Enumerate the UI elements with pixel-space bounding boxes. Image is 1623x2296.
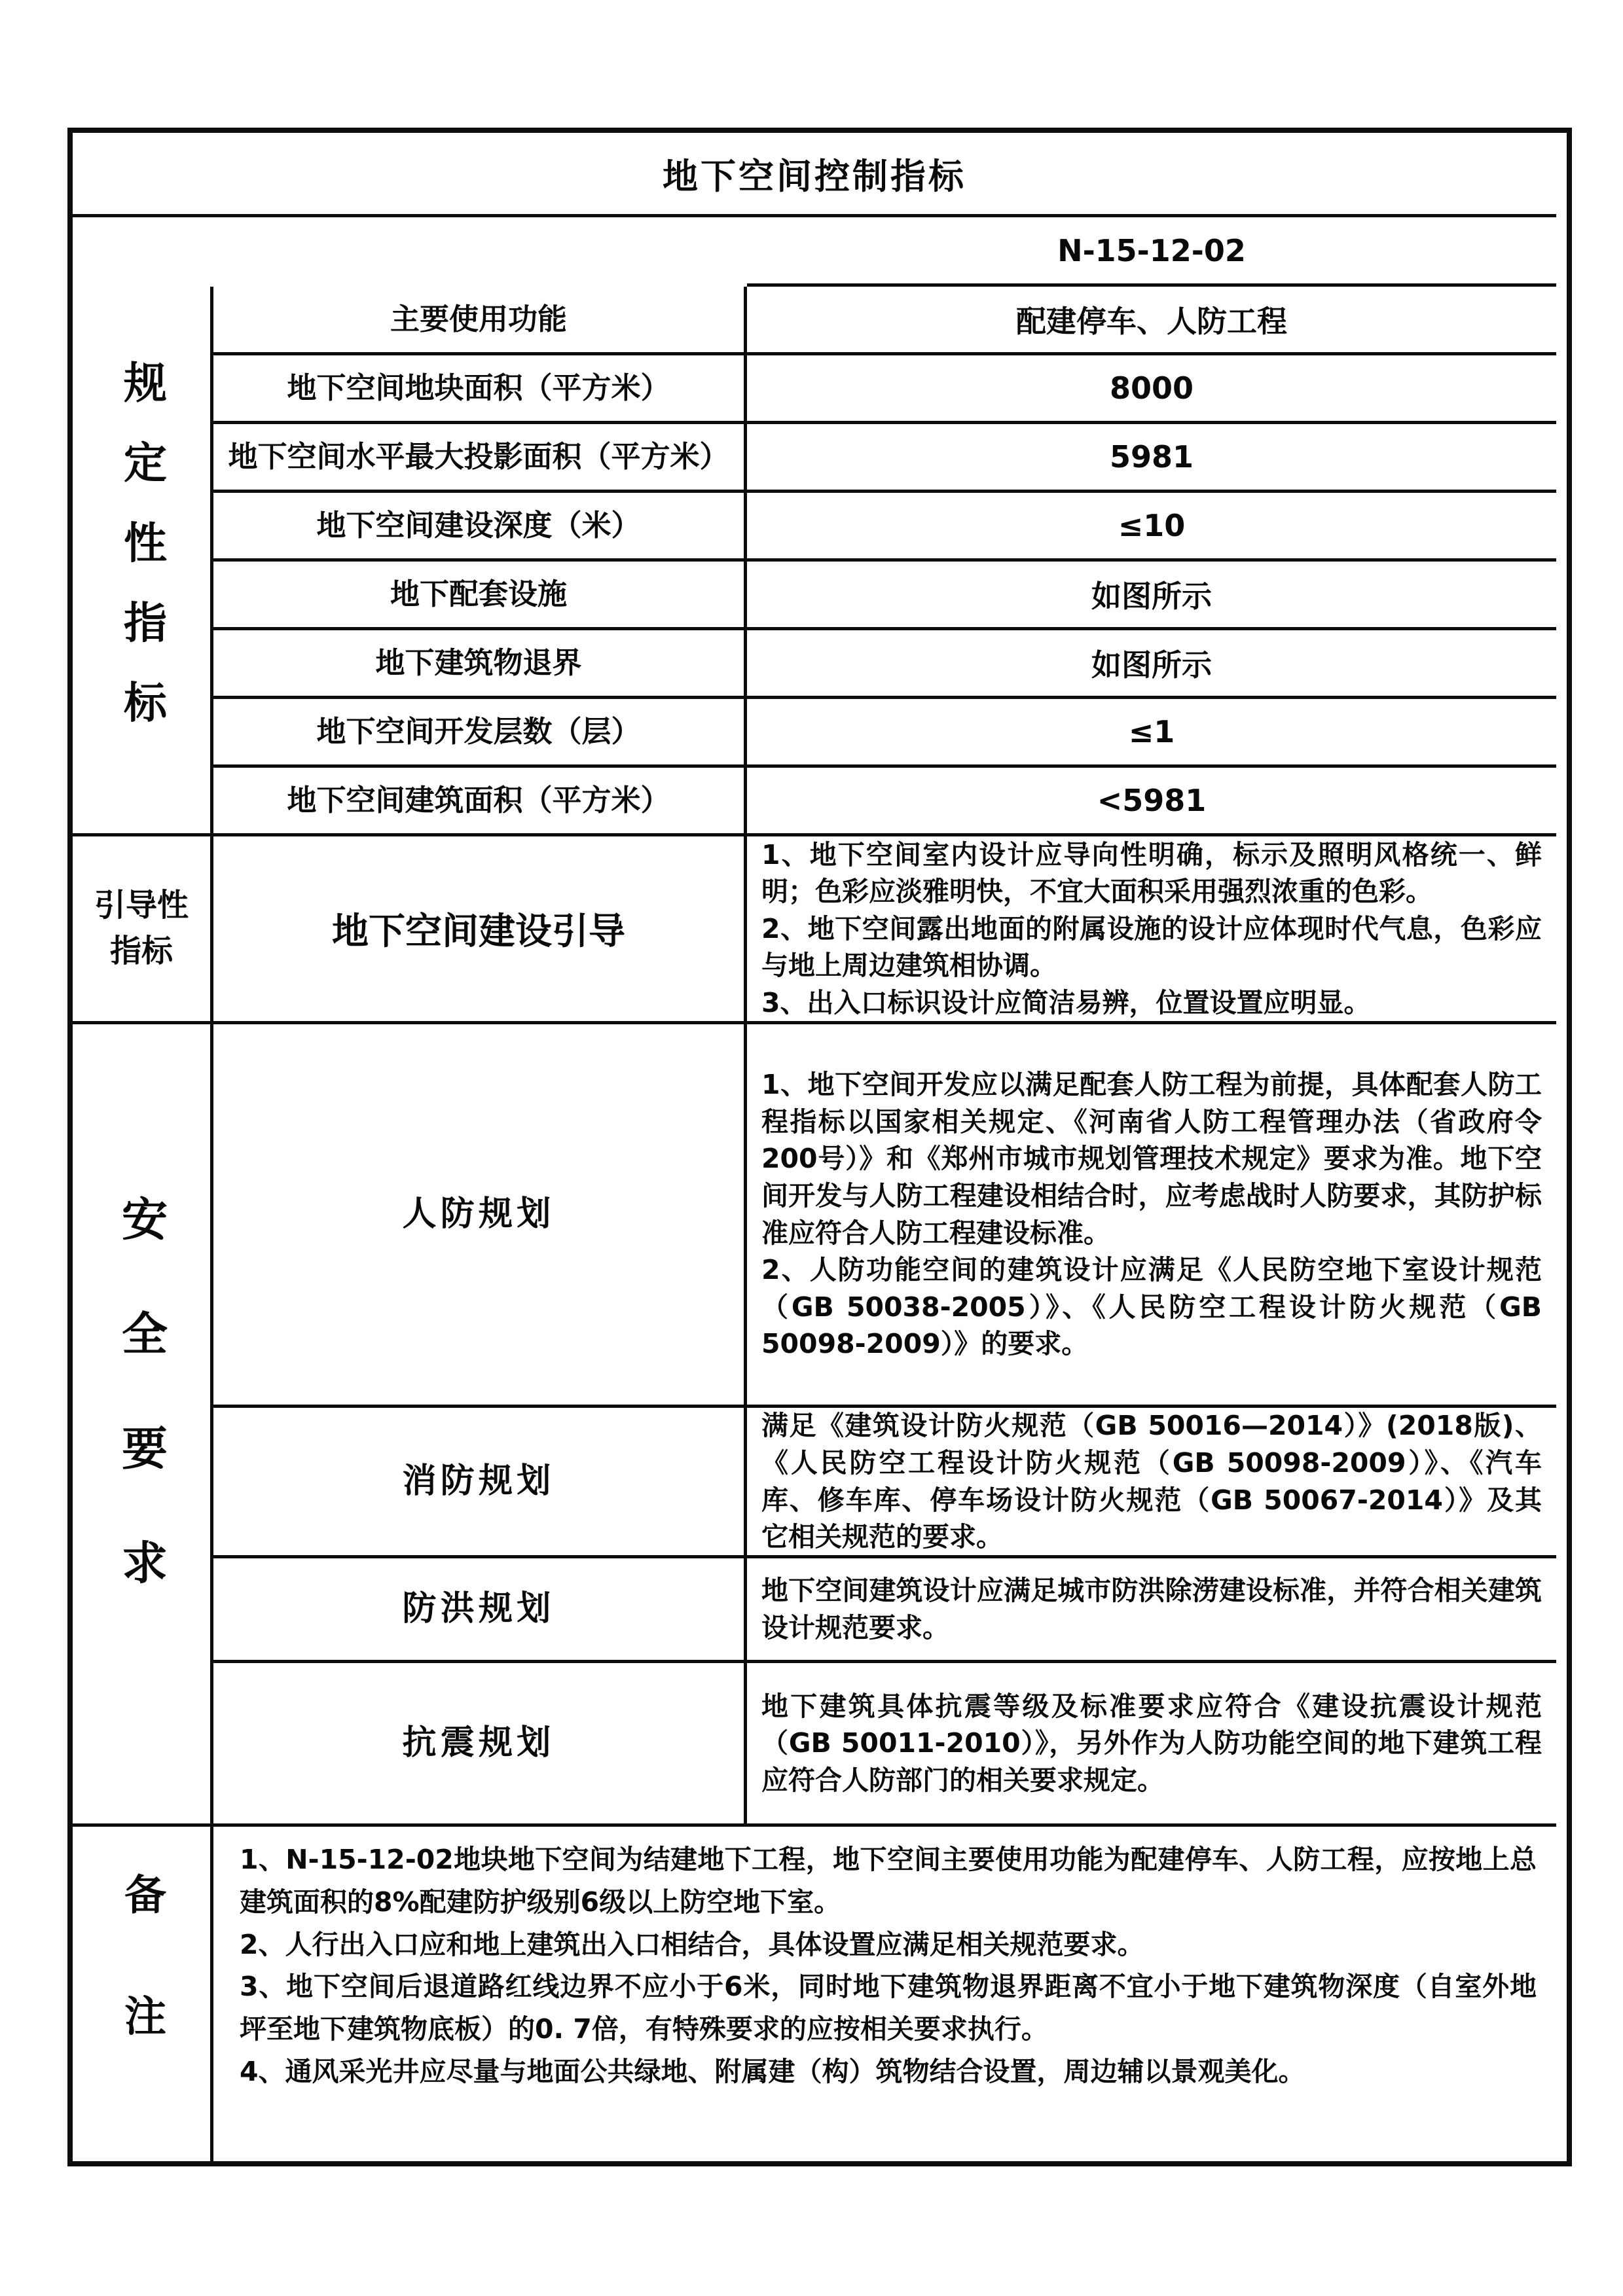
row-value-construction-depth: ≤10 (747, 493, 1556, 562)
row-label-civil-air-defense-planning: 人防规划 (213, 1024, 747, 1408)
guidance-side-label-text: 引导性指标 (89, 883, 194, 974)
guidance-content: 1、地下空间室内设计应导向性明确，标示及照明风格统一、鲜明；色彩应淡雅明快，不宜… (747, 836, 1556, 1024)
row-value-max-projection-area: 5981 (747, 424, 1556, 493)
row-value-development-floors: ≤1 (747, 699, 1556, 768)
section-label-guidance-indicators: 引导性指标 (73, 836, 213, 1024)
row-label-underground-facilities: 地下配套设施 (213, 562, 747, 630)
control-indicator-table: 地下空间控制指标 地块编号 N-15-12-02 规定性指标 主要使用功能 配建… (67, 128, 1572, 2166)
flood-control-content-text: 地下空间建筑设计应满足城市防洪除涝建设标准，并符合相关建筑设计规范要求。 (761, 1572, 1542, 1646)
row-label-construction-depth: 地下空间建设深度（米） (213, 493, 747, 562)
civil-air-defense-content: 1、地下空间开发应以满足配套人防工程为前提，具体配套人防工程指标以国家相关规定、… (747, 1024, 1556, 1408)
section-label-regulatory-indicators: 规定性指标 (73, 287, 213, 836)
section-label-notes: 备注 (73, 1827, 213, 2161)
section-label-safety-requirements: 安全要求 (73, 1024, 213, 1827)
row-label-building-setback: 地下建筑物退界 (213, 630, 747, 699)
row-label-building-area: 地下空间建筑面积（平方米） (213, 768, 747, 836)
row-label-flood-control-planning: 防洪规划 (213, 1558, 747, 1663)
row-label-underground-construction-guidance: 地下空间建设引导 (213, 836, 747, 1024)
row-value-underground-facilities: 如图所示 (747, 562, 1556, 630)
row-value-main-function: 配建停车、人防工程 (747, 287, 1556, 355)
guidance-content-text: 1、地下空间室内设计应导向性明确，标示及照明风格统一、鲜明；色彩应淡雅明快，不宜… (761, 836, 1542, 1022)
document-page: 地下空间控制指标 地块编号 N-15-12-02 规定性指标 主要使用功能 配建… (0, 0, 1623, 2296)
plot-number-value: N-15-12-02 (747, 217, 1556, 287)
flood-control-content: 地下空间建筑设计应满足城市防洪除涝建设标准，并符合相关建筑设计规范要求。 (747, 1558, 1556, 1663)
row-value-building-setback: 如图所示 (747, 630, 1556, 699)
civil-air-defense-content-text: 1、地下空间开发应以满足配套人防工程为前提，具体配套人防工程指标以国家相关规定、… (761, 1066, 1542, 1363)
notes-content-text: 1、N-15-12-02地块地下空间为结建地下工程，地下空间主要使用功能为配建停… (240, 1839, 1537, 2093)
row-label-seismic-planning: 抗震规划 (213, 1663, 747, 1827)
seismic-content-text: 地下建筑具体抗震等级及标准要求应符合《建设抗震设计规范（GB 50011-201… (761, 1688, 1542, 1799)
fire-protection-content: 满足《建筑设计防火规范（GB 50016—2014）》(2018版)、《人民防空… (747, 1408, 1556, 1558)
seismic-content: 地下建筑具体抗震等级及标准要求应符合《建设抗震设计规范（GB 50011-201… (747, 1663, 1556, 1827)
row-label-plot-area: 地下空间地块面积（平方米） (213, 355, 747, 424)
row-value-plot-area: 8000 (747, 355, 1556, 424)
row-value-building-area: <5981 (747, 768, 1556, 836)
table-title: 地下空间控制指标 (73, 133, 1556, 217)
row-label-main-function: 主要使用功能 (213, 287, 747, 355)
row-label-fire-protection-planning: 消防规划 (213, 1408, 747, 1558)
notes-content: 1、N-15-12-02地块地下空间为结建地下工程，地下空间主要使用功能为配建停… (213, 1827, 1556, 2161)
fire-protection-content-text: 满足《建筑设计防火规范（GB 50016—2014）》(2018版)、《人民防空… (761, 1407, 1542, 1555)
row-label-max-projection-area: 地下空间水平最大投影面积（平方米） (213, 424, 747, 493)
row-label-development-floors: 地下空间开发层数（层） (213, 699, 747, 768)
